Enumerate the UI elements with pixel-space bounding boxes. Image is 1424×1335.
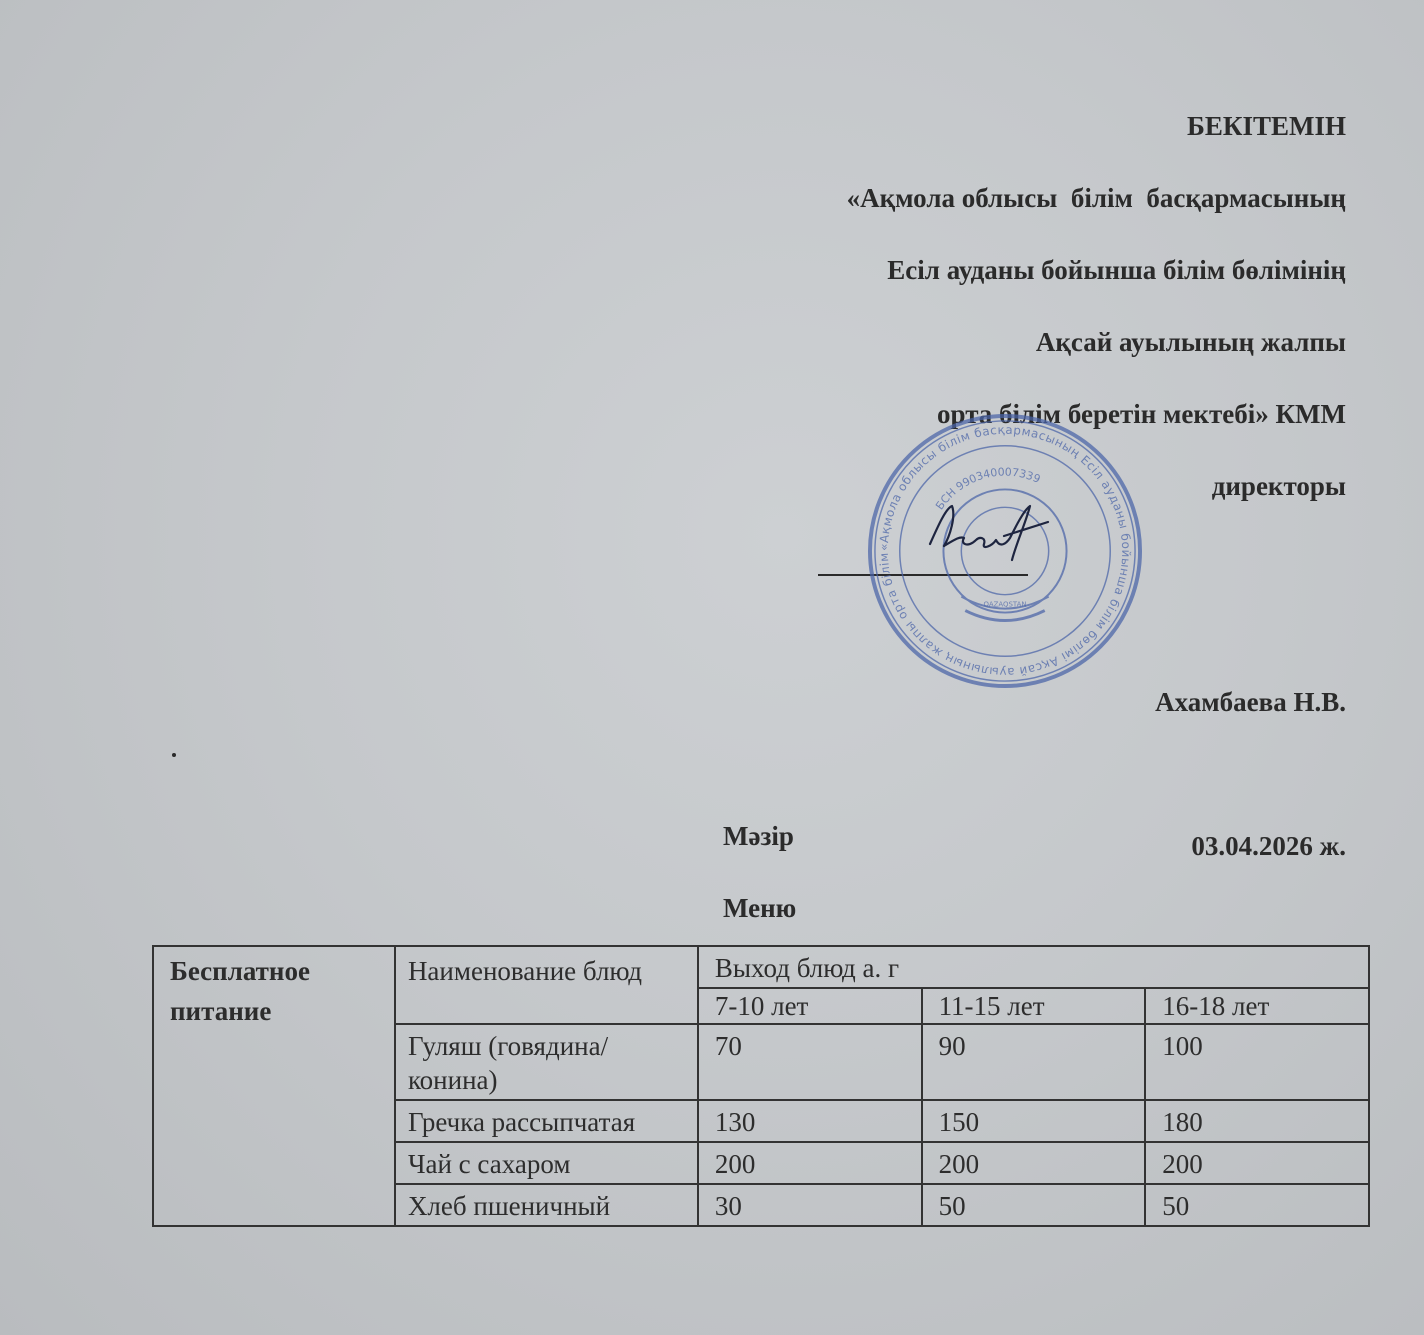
menu-titles: Мәзір Меню xyxy=(723,800,796,944)
yield-value: 200 xyxy=(922,1142,1146,1184)
yield-value: 70 xyxy=(698,1024,922,1100)
age-group-header: 7-10 лет xyxy=(698,988,922,1024)
yield-value: 200 xyxy=(698,1142,922,1184)
position-title: директоры xyxy=(646,450,1346,522)
org-line-1: «Ақмола облысы білім басқармасының xyxy=(646,162,1346,234)
yield-value: 50 xyxy=(922,1184,1146,1226)
yield-value: 130 xyxy=(698,1100,922,1142)
signatory-line: Ахамбаева Н.В. xyxy=(646,522,1346,810)
dish-name: Чай с сахаром xyxy=(395,1142,698,1184)
yield-value: 150 xyxy=(922,1100,1146,1142)
age-group-header: 16-18 лет xyxy=(1145,988,1369,1024)
org-line-3: Ақсай ауылының жалпы xyxy=(646,306,1346,378)
org-line-4: орта білім беретін мектебі» КММ xyxy=(646,378,1346,450)
org-line-2: Есіл ауданы бойынша білім бөлімінің xyxy=(646,234,1346,306)
title-kazakh: Мәзір xyxy=(723,800,796,872)
approval-heading: БЕКІТЕМІН xyxy=(646,90,1346,162)
yield-value: 30 xyxy=(698,1184,922,1226)
title-russian: Меню xyxy=(723,872,796,944)
dish-header: Наименование блюд xyxy=(395,946,698,1024)
signature-underline xyxy=(818,574,1028,576)
yield-value: 50 xyxy=(1145,1184,1369,1226)
dish-name: Гречка рассыпчатая xyxy=(395,1100,698,1142)
dish-name: Гуляш (говядина/конина) xyxy=(395,1024,698,1100)
yield-value: 200 xyxy=(1145,1142,1369,1184)
yield-value: 180 xyxy=(1145,1100,1369,1142)
stray-dot xyxy=(172,753,176,757)
approval-block: БЕКІТЕМІН «Ақмола облысы білім басқармас… xyxy=(646,90,1346,882)
menu-table: Бесплатное питание Наименование блюд Вых… xyxy=(152,945,1370,1227)
table-header-row: Бесплатное питание Наименование блюд Вых… xyxy=(153,946,1369,988)
dish-name: Хлеб пшеничный xyxy=(395,1184,698,1226)
signatory-name: Ахамбаева Н.В. xyxy=(1155,687,1346,717)
yield-header: Выход блюд а. г xyxy=(698,946,1369,988)
age-group-header: 11-15 лет xyxy=(922,988,1146,1024)
yield-value: 100 xyxy=(1145,1024,1369,1100)
yield-value: 90 xyxy=(922,1024,1146,1100)
category-cell: Бесплатное питание xyxy=(153,946,395,1226)
